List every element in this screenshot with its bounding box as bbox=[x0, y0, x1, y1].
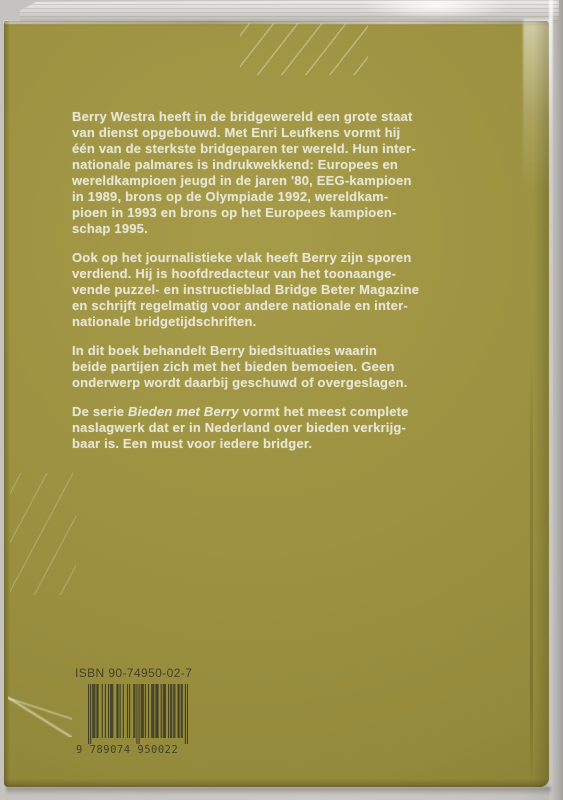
text-line: beide partijen zich met het bieden bemoe… bbox=[72, 359, 454, 375]
text-line: nationale bridgetijdschriften. bbox=[72, 314, 454, 330]
text-line: baar is. Een must voor iedere bridger. bbox=[72, 436, 454, 452]
text-line: van dienst opgebouwd. Met Enri Leufkens … bbox=[72, 125, 454, 141]
text-line: In dit boek behandelt Berry biedsituatie… bbox=[72, 343, 454, 359]
plastic-wrap-highlight bbox=[350, 0, 520, 18]
plastic-wrap-highlight bbox=[8, 693, 72, 737]
text-line: Ook op het journalistieke vlak heeft Ber… bbox=[72, 250, 454, 266]
text-line: onderwerp wordt daarbij geschuwd of over… bbox=[72, 375, 454, 391]
plastic-wrap-highlight bbox=[523, 19, 551, 194]
text-line: vende puzzel- en instructieblad Bridge B… bbox=[72, 282, 454, 298]
text-line: pioen in 1993 en brons op het Europees k… bbox=[72, 205, 454, 221]
paragraph: Berry Westra heeft in de bridgewereld ee… bbox=[72, 109, 454, 237]
text-line: wereldkampioen jeugd in de jaren '80, EE… bbox=[72, 173, 454, 189]
text-line: naslagwerk dat er in Nederland over bied… bbox=[72, 420, 454, 436]
text-line: en schrijft regelmatig voor andere natio… bbox=[72, 298, 454, 314]
paragraph: In dit boek behandelt Berry biedsituatie… bbox=[72, 343, 454, 391]
book-drop-shadow bbox=[6, 787, 551, 795]
ean-barcode bbox=[88, 684, 188, 744]
book-pages-top-edge bbox=[20, 0, 559, 23]
back-cover-text: Berry Westra heeft in de bridgewereld ee… bbox=[72, 109, 454, 465]
text-line: nationale palmares is indrukwekkend: Eur… bbox=[72, 157, 454, 173]
text-line: schap 1995. bbox=[72, 221, 454, 237]
plastic-wrap-edge bbox=[549, 0, 553, 800]
plastic-wrap-highlight bbox=[10, 473, 76, 595]
barcode-digits: 9 789074 950022 bbox=[76, 744, 178, 756]
text-line: De serie Bieden met Berry vormt het mees… bbox=[72, 404, 454, 420]
text-line: Berry Westra heeft in de bridgewereld ee… bbox=[72, 109, 454, 125]
paragraph: Ook op het journalistieke vlak heeft Ber… bbox=[72, 250, 454, 330]
text-line: in 1989, brons op de Olympiade 1992, wer… bbox=[72, 189, 454, 205]
book-photo: Berry Westra heeft in de bridgewereld ee… bbox=[0, 0, 563, 800]
plastic-wrap-highlight bbox=[240, 23, 368, 75]
cover-crease bbox=[530, 351, 533, 787]
book-back-cover: Berry Westra heeft in de bridgewereld ee… bbox=[4, 21, 549, 787]
text-line: verdiend. Hij is hoofdredacteur van het … bbox=[72, 266, 454, 282]
backdrop-shadow bbox=[555, 0, 563, 800]
isbn-text: ISBN 90-74950-02-7 bbox=[75, 666, 192, 680]
paragraph: De serie Bieden met Berry vormt het mees… bbox=[72, 404, 454, 452]
text-line: één van de sterkste bridgeparen ter were… bbox=[72, 141, 454, 157]
